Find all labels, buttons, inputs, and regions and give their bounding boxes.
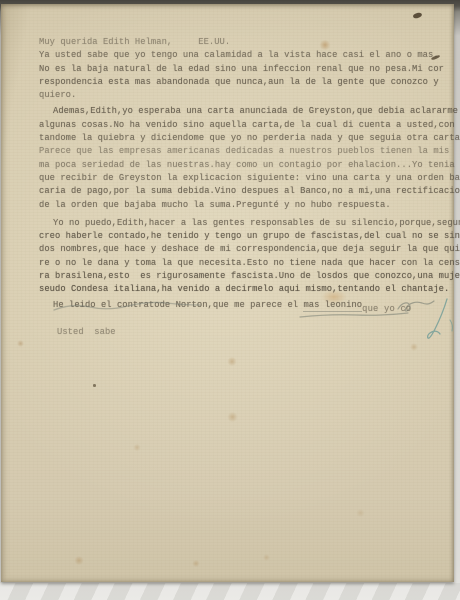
letter-line: caria de pago,por la suma debida.Vino de… — [39, 185, 451, 198]
letter-line: tandome la quiebra y diciendome que yo n… — [39, 132, 451, 145]
paragraph-greyston: Ademas,Edith,yo esperaba una carta anunc… — [39, 105, 451, 211]
salutation: Muy querida Edith Helman, — [39, 37, 172, 47]
scanner-surface — [0, 583, 460, 600]
stain-spot — [74, 556, 84, 565]
letter-line: quiero. — [39, 89, 451, 102]
norton-line-prefix: He leido el contratode Norton,que me par… — [53, 300, 303, 310]
closing-line: Usted sabe — [39, 326, 451, 339]
stain-spot — [133, 444, 141, 451]
stain-spot — [17, 340, 24, 347]
letter-line: creo haberle contado,he tenido y tengo u… — [39, 230, 451, 243]
stain-spot — [410, 343, 418, 351]
stain-spot — [227, 412, 238, 422]
stain-spot — [263, 554, 270, 561]
norton-line: He leido el contratode Norton,que me par… — [39, 299, 451, 312]
norton-line-underlined: mas leonino — [303, 300, 362, 312]
letter-line: re o no le dana y toma la que necesita.E… — [39, 257, 451, 270]
stain-spot — [227, 357, 237, 366]
letter-line: dos nombres,que hace y deshace de mi cor… — [39, 243, 451, 256]
letter-line: No es la baja natural de la edad sino un… — [39, 63, 451, 76]
letter-line: Ademas,Edith,yo esperaba una carta anunc… — [39, 105, 451, 118]
norton-line-slipped-text: que yo co — [362, 303, 411, 316]
letter-body: Muy querida Edith Helman,EE.UU. Ya usted… — [39, 36, 451, 339]
letter-line: Ya usted sabe que yo tengo una calamidad… — [39, 49, 451, 62]
letter-line: que recibir de Greyston la explicacion s… — [39, 172, 451, 185]
letter-line: respondencia esta mas abandonada que nun… — [39, 76, 451, 89]
location-label: EE.UU. — [198, 37, 230, 47]
stain-spot — [356, 509, 365, 517]
letter-line: ma poca seriedad de las nuestras.hay com… — [39, 159, 451, 172]
letter-line: de la orden que bajaba mucho la suma.Pre… — [39, 199, 451, 212]
letter-line: algunas cosas.No ha venido sino aquella … — [39, 119, 451, 132]
letter-line: ra brasilena,esto es rigurosamente fasci… — [39, 270, 451, 283]
paragraph-fascistas: Yo no puedo,Edith,hacer a las gentes res… — [39, 217, 451, 297]
scanned-letter-page: Muy querida Edith Helman,EE.UU. Ya usted… — [0, 0, 460, 600]
paragraph-opening: Muy querida Edith Helman,EE.UU. Ya usted… — [39, 36, 451, 102]
dark-speck — [93, 384, 96, 387]
letter-line: Parece que las empresas americanas dedic… — [39, 145, 451, 158]
letter-line: seudo Condesa italiana,ha venido a decir… — [39, 283, 451, 296]
stain-spot — [192, 560, 200, 567]
letter-line: Yo no puedo,Edith,hacer a las gentes res… — [39, 217, 451, 230]
salutation-line: Muy querida Edith Helman,EE.UU. — [39, 36, 451, 49]
